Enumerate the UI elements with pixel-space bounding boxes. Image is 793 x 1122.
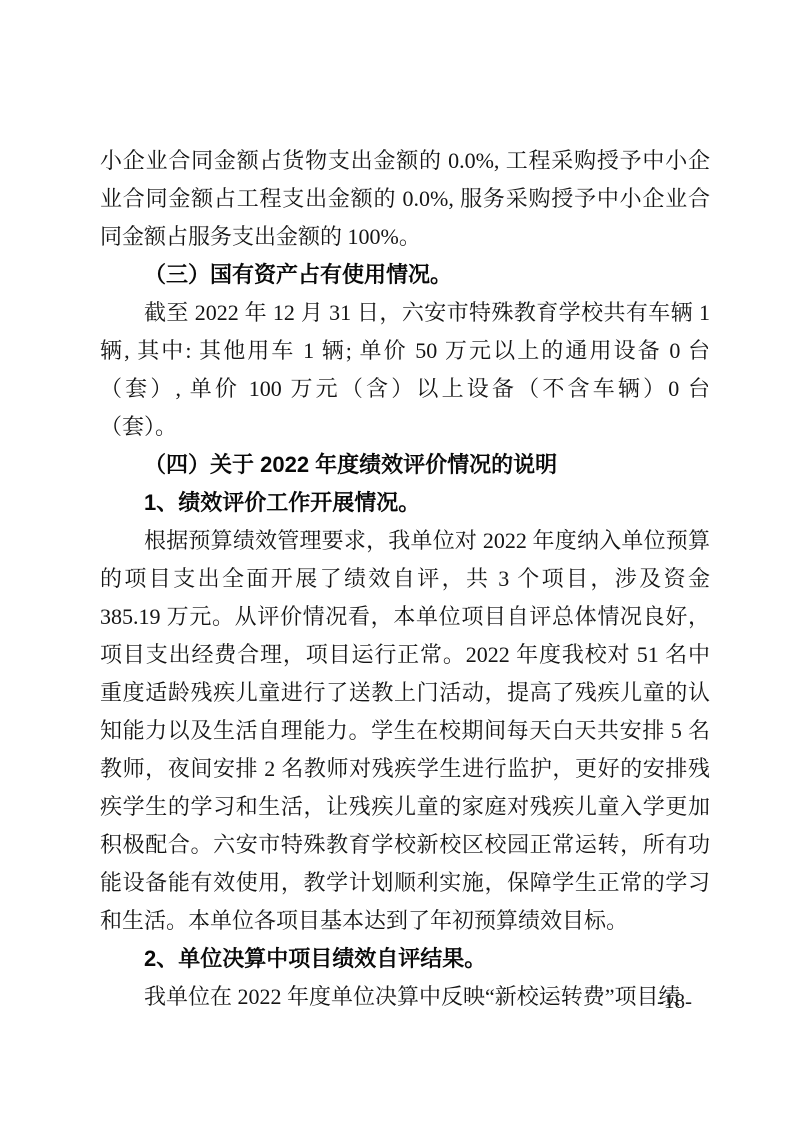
- section-heading-state-assets: （三）国有资产占有使用情况。: [100, 256, 710, 294]
- paragraph-procurement-continuation: 小企业合同金额占货物支出金额的 0.0%, 工程采购授予中小企业合同金额占工程支…: [100, 142, 710, 256]
- paragraph-self-evaluation-results: 我单位在 2022 年度单位决算中反映“新校运转费”项目绩: [100, 978, 710, 1016]
- page-number: -18-: [657, 988, 692, 1014]
- subheading-performance-evaluation-work: 1、绩效评价工作开展情况。: [100, 484, 710, 522]
- paragraph-state-assets-usage: 截至 2022 年 12 月 31 日，六安市特殊教育学校共有车辆 1 辆, 其…: [100, 294, 710, 446]
- subheading-self-evaluation-results: 2、单位决算中项目绩效自评结果。: [100, 940, 710, 978]
- section-heading-performance-evaluation: （四）关于 2022 年度绩效评价情况的说明: [100, 446, 710, 484]
- document-page: 小企业合同金额占货物支出金额的 0.0%, 工程采购授予中小企业合同金额占工程支…: [0, 0, 793, 1122]
- paragraph-performance-evaluation-work: 根据预算绩效管理要求，我单位对 2022 年度纳入单位预算的项目支出全面开展了绩…: [100, 522, 710, 940]
- document-body: 小企业合同金额占货物支出金额的 0.0%, 工程采购授予中小企业合同金额占工程支…: [100, 142, 710, 1016]
